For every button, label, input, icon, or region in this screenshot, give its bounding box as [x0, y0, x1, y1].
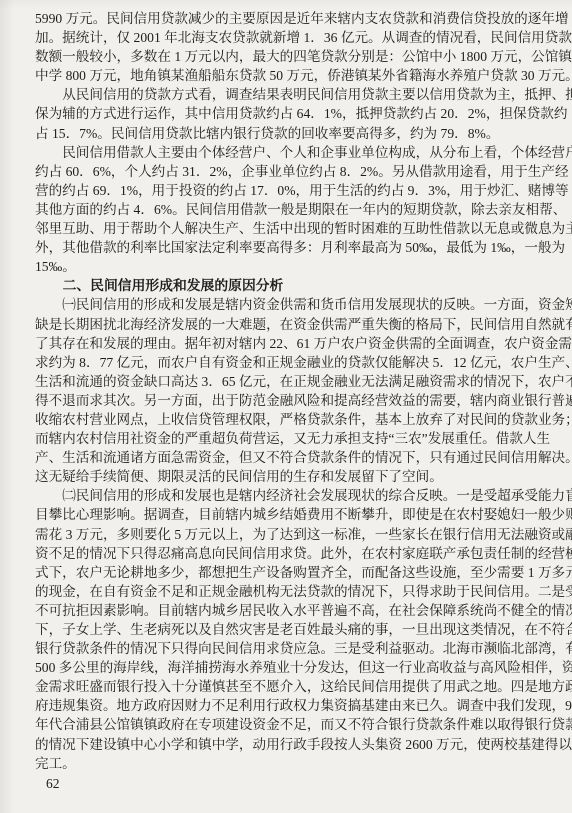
text-line: 500 多公里的海岸线，海洋捕捞海水养殖业十分发达，但这一行业高收益与高风险相伴… — [35, 658, 547, 677]
text-line: 从民间信用的贷款方式看，调查结果表明民间信用贷款主要以信用贷款为主，抵押、担 — [35, 85, 547, 104]
text-line: 不可抗拒因素影响。目前辖内城乡居民收入水平普遍不高，在社会保障系统尚不健全的情况 — [35, 601, 547, 620]
text-line: 资不足的情况下只得忍痛高息向民间信用求贷。此外，在农村家庭联产承包责任制的经营模 — [35, 544, 547, 563]
text-line: 产、生活和流通诸方面急需资金，但又不符合贷款条件的情况下，只有通过民间信用解决。 — [35, 448, 547, 467]
paragraph-reason-two: ㈡民间信用的形成和发展也是辖内经济社会发展现状的综合反映。一是受超承受能力盲 目… — [35, 486, 547, 772]
text-line: 数额一般较小，多数在 1 万元以内，最大的四笔贷款分别是：公馆中小 1800 万… — [35, 47, 547, 66]
paragraph-borrowers: 民间信用借款人主要由个体经营户、个人和企事业单位构成，从分布上看，个体经营户 约… — [35, 143, 547, 277]
text-line: 约占 60．6%，个人约占 31．2%，企事业单位约占 8．2%。另从借款用途看… — [35, 162, 547, 181]
text-line: 了其存在和发展的理由。据年初对辖内 22、61 万户农户资金供需的全面调查，农户… — [35, 334, 547, 353]
text-line: 15‰。 — [35, 257, 547, 276]
text-line: 这无疑给手续简便、期限灵活的民间信用的生存和发展留下了空间。 — [35, 467, 547, 486]
text-line: 保为辅的方式进行运作，其中信用贷款约占 64．1%，抵押贷款约占 20．2%，担… — [35, 104, 547, 123]
paragraph-continuation: 5990 万元。民间信用贷款减少的主要原因是近年来辖内支农贷款和消费信贷投放的逐… — [35, 9, 547, 85]
text-line: 金需求旺盛而银行投入十分谨慎甚至不愿介入，这给民间信用提供了用武之地。四是地方政 — [35, 677, 547, 696]
text-line: 缺是长期困扰北海经济发展的一大难题，在资金供需严重失衡的格局下，民间信用自然就有 — [35, 315, 547, 334]
page-number: 62 — [46, 776, 60, 792]
scanned-document-page: 5990 万元。民间信用贷款减少的主要原因是近年来辖内支农贷款和消费信贷投放的逐… — [0, 0, 572, 813]
text-line: 外，其他借款的利率比国家法定利率要高得多：月利率最高为 50‰，最低为 1‰，一… — [35, 238, 547, 257]
text-line: 年代合浦县公馆镇镇政府在专项建设资金不足，而又不符合银行贷款条件难以取得银行贷款 — [35, 715, 547, 734]
text-line: 中学 800 万元，地角镇某渔船船东贷款 50 万元，侨港镇某外省籍海水养殖户贷… — [35, 66, 547, 85]
text-line: 营的约占 69．1%，用于投资的约占 17．0%，用于生活的约占 9．3%，用于… — [35, 181, 547, 200]
text-line: 加。据统计，仅 2001 年北海支农贷款就新增 1．36 亿元。从调查的情况看，… — [35, 28, 547, 47]
body-text: 5990 万元。民间信用贷款减少的主要原因是近年来辖内支农贷款和消费信贷投放的逐… — [35, 9, 547, 773]
paragraph-reason-one: ㈠民间信用的形成和发展是辖内资金供需和货币信用发展现状的反映。一方面，资金短 缺… — [35, 295, 547, 486]
text-line: 府违规集资。地方政府因财力不足利用行政权力集资搞基建由来已久。调查中我们发现，9… — [35, 696, 547, 715]
text-line: 目攀比心理影响。据调查，目前辖内城乡结婚费用不断攀升，即使是在农村娶媳妇一般少则 — [35, 505, 547, 524]
text-line: ㈡民间信用的形成和发展也是辖内经济社会发展现状的综合反映。一是受超承受能力盲 — [35, 486, 547, 505]
text-line: 邻里互助、用于帮助个人解决生产、生活中出现的暂时困难的互助性借款以无息或微息为主 — [35, 219, 547, 238]
text-line: 得不退而求其次。另一方面，出于防范金融风险和提高经营效益的需要，辖内商业银行普遍 — [35, 391, 547, 410]
text-line: 收缩农村营业网点，上收信贷管理权限，严格贷款条件，基本上放弃了对民间的贷款业务； — [35, 410, 547, 429]
text-line: 占 15．7%。民间信用贷款比辖内银行贷款的回收率要高得多，约为 79．8%。 — [35, 124, 547, 143]
paragraph-loan-methods: 从民间信用的贷款方式看，调查结果表明民间信用贷款主要以信用贷款为主，抵押、担 保… — [35, 85, 547, 142]
section-heading: 二、民间信用形成和发展的原因分析 — [35, 276, 547, 295]
text-line: 而辖内农村信用社资金的严重超负荷营运，又无力承担支持“三农”发展重任。借款人生 — [35, 429, 547, 448]
text-line: 5990 万元。民间信用贷款减少的主要原因是近年来辖内支农贷款和消费信贷投放的逐… — [35, 9, 547, 28]
text-line: 银行贷款条件的情况下只得向民间信用求贷应急。三是受利益驱动。北海市濒临北部湾，有 — [35, 639, 547, 658]
text-line: 的情况下建设镇中心小学和镇中学，动用行政手段按人头集资 2600 万元，使两校基… — [35, 735, 547, 754]
text-line: 其他方面的约占 4．6%。民间信用借款一般是期限在一年内的短期贷款，除去亲友相帮… — [35, 200, 547, 219]
text-line: 式下，农户无论耕地多少，都想把生产设备购置齐全，而配备这些设施，至少需要 1 万… — [35, 563, 547, 582]
text-line: 完工。 — [35, 754, 547, 773]
text-line: 民间信用借款人主要由个体经营户、个人和企事业单位构成，从分布上看，个体经营户 — [35, 143, 547, 162]
text-line: 下，子女上学、生老病死以及自然灾害是老百姓最头痛的事，一旦出现这类情况，在不符合 — [35, 620, 547, 639]
text-line: 求约为 8．77 亿元，而农户自有资金和正规金融业的贷款仅能解决 5．12 亿元… — [35, 353, 547, 372]
text-line: 的现金，在自有资金不足和正规金融机构无法贷款的情况下，只得求助于民间信用。二是受 — [35, 582, 547, 601]
text-line: 需花 3 万元，多则要化 5 万元以上，为了达到这一标准，一些家长在银行信用无法… — [35, 525, 547, 544]
text-line: 生活和流通的资金缺口高达 3．65 亿元，在正规金融业无法满足融资需求的情况下，… — [35, 372, 547, 391]
text-line: ㈠民间信用的形成和发展是辖内资金供需和货币信用发展现状的反映。一方面，资金短 — [35, 295, 547, 314]
